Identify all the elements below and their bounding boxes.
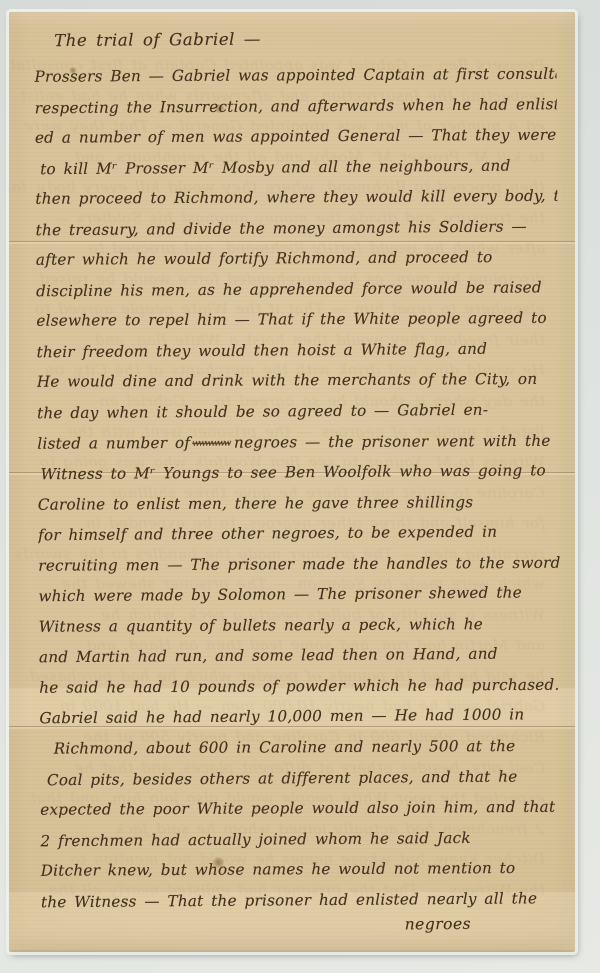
manuscript-line: the Witness — That the prisoner had enli… [41, 883, 563, 918]
manuscript-line: ed a number of men was appointed General… [35, 120, 557, 154]
manuscript-line: recruiting men — The prisoner made the h… [38, 547, 560, 581]
manuscript-line: after which he would fortify Richmond, a… [36, 242, 558, 276]
manuscript-line: respecting the Insurrection, and afterwa… [35, 89, 557, 124]
manuscript-line: Coal pits, besides others at different p… [40, 761, 562, 796]
manuscript-line: elsewhere to repel him — That if the Whi… [36, 303, 558, 337]
manuscript-line: he said he had 10 pounds of powder which… [39, 670, 561, 704]
manuscript-line: Witness a quantity of bullets nearly a p… [39, 609, 561, 643]
manuscript-line: He would dine and drink with the merchan… [37, 364, 559, 398]
manuscript-line: Richmond, about 600 in Caroline and near… [40, 731, 562, 765]
line-text: listed a number of [37, 433, 190, 452]
manuscript-line: Gabriel said he had nearly 10,000 men — … [39, 700, 561, 735]
manuscript-line: and Martin had run, and some lead then o… [39, 639, 561, 674]
manuscript-line: Caroline to enlist men, there he gave th… [38, 486, 560, 520]
manuscript-page: Prossers Ben — Gabriel was appointed Cap… [9, 12, 575, 952]
manuscript-line: discipline his men, as he apprehended fo… [36, 272, 558, 307]
manuscript-line: Ditcher knew, but whose names he would n… [41, 853, 563, 887]
manuscript-content: The trial of Gabriel — Prossers Ben — Ga… [8, 24, 581, 942]
manuscript-body: Prossers Ben — Gabriel was appointed Cap… [8, 58, 581, 918]
manuscript-line: the day when it should be so agreed to —… [37, 394, 559, 429]
manuscript-line: 2 frenchmen had actually joined whom he … [40, 822, 562, 857]
manuscript-line: to kill Mʳ Prosser Mʳ Mosby and all the … [35, 150, 557, 185]
manuscript-line: then proceed to Richmond, where they wou… [35, 181, 557, 215]
manuscript-title: The trial of Gabriel — [54, 24, 574, 54]
line-text: negroes — the prisoner went with the [234, 431, 551, 451]
manuscript-line: for himself and three other negroes, to … [38, 516, 560, 551]
crossed-out-word: wwwwww [192, 428, 230, 459]
scanned-document: Prossers Ben — Gabriel was appointed Cap… [0, 0, 600, 973]
manuscript-line: the treasury, and divide the money among… [36, 211, 558, 246]
manuscript-line: Witness to Mʳ Youngs to see Ben Woolfolk… [37, 455, 559, 490]
manuscript-line: listed a number ofwwwwwwnegroes — the pr… [37, 425, 559, 459]
manuscript-line: their freedom they would then hoist a Wh… [36, 333, 558, 368]
manuscript-line: expected the poor White people would als… [40, 792, 562, 826]
manuscript-line: Prossers Ben — Gabriel was appointed Cap… [34, 59, 556, 93]
manuscript-line: which were made by Solomon — The prisone… [38, 577, 560, 612]
